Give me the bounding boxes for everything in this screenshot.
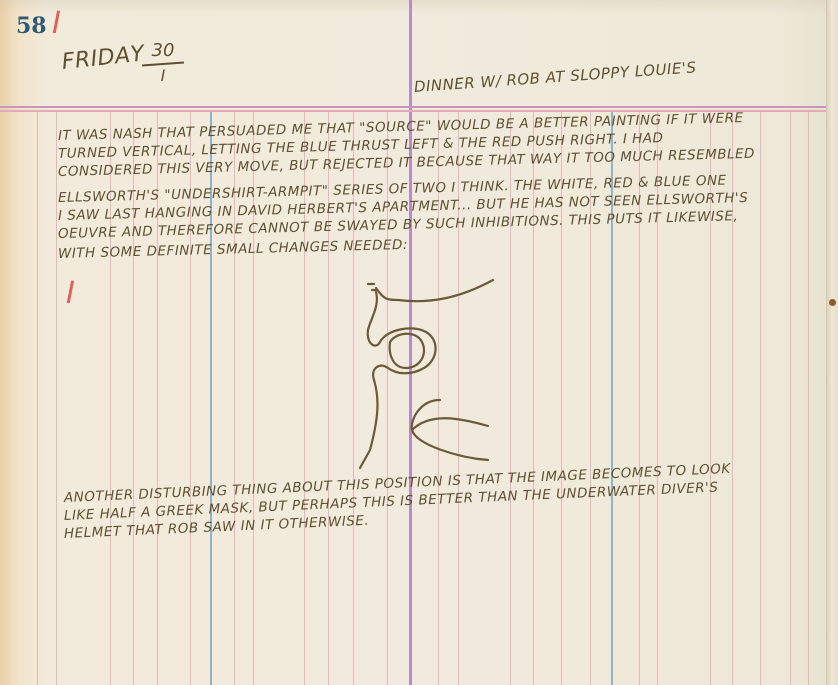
header-rule: [0, 106, 826, 108]
event-note: DINNER W/ ROB AT SLOPPY LOUIE'S: [413, 58, 697, 96]
second-section-mark: I: [66, 276, 75, 311]
sketch-drawing: [350, 270, 510, 480]
date-day: 30: [140, 42, 186, 60]
section-mark: I: [52, 6, 61, 41]
page-edge: [826, 0, 838, 685]
ledger-rule: [790, 112, 791, 685]
ledger-page: 58 I FRIDAY 30 I DINNER W/ ROB AT SLOPPY…: [0, 0, 826, 685]
ledger-rule: [37, 112, 38, 685]
date: 30 I: [140, 42, 186, 84]
ink-stain: [829, 299, 836, 306]
day-label: FRIDAY: [61, 41, 146, 75]
ledger-rule: [808, 112, 809, 685]
ledger-rule: [760, 112, 761, 685]
page-top-shadow: [0, 0, 838, 14]
date-month: I: [140, 68, 186, 84]
ledger-rule: [56, 112, 57, 685]
page-number: 58: [16, 13, 47, 39]
